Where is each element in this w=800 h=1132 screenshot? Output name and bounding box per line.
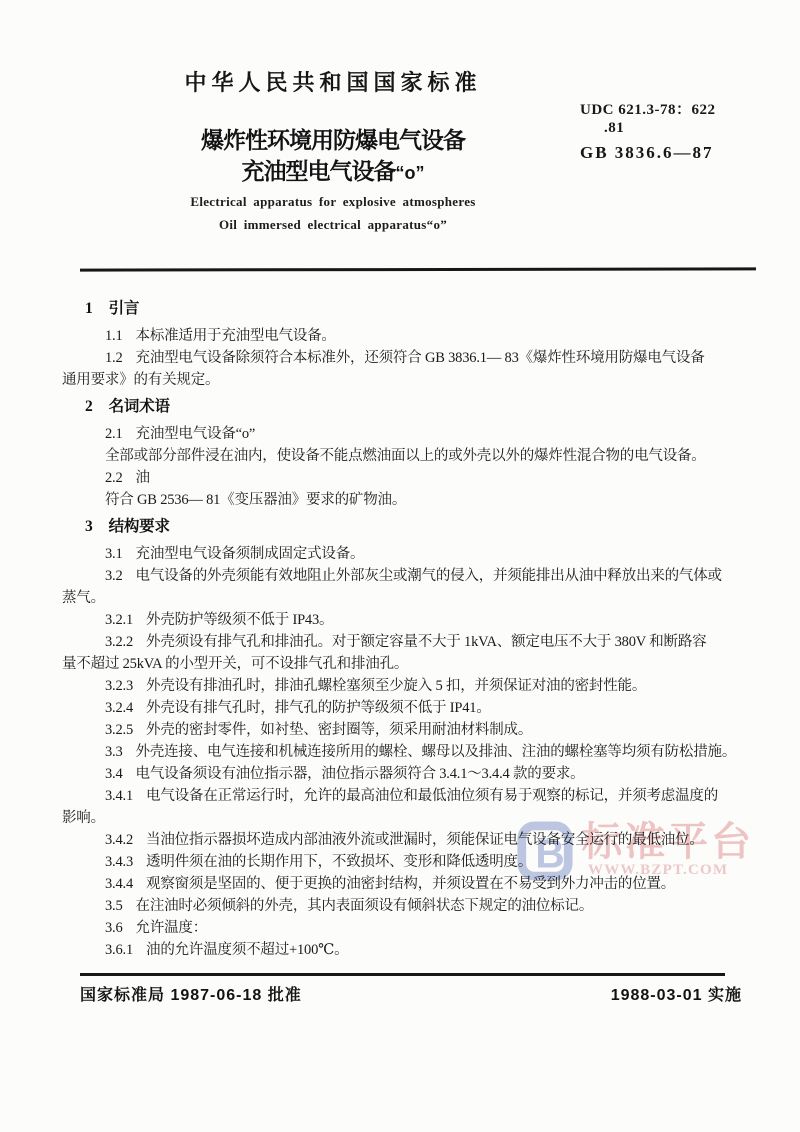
clause-number: 3 — [85, 518, 93, 535]
doc-line: 3.4.3透明件须在油的长期作用下，不致损坏、变形和降低透明度。 — [62, 851, 752, 873]
doc-line: 1.1本标准适用于充油型电气设备。 — [62, 325, 752, 347]
clause-text: 名词术语 — [109, 398, 170, 415]
doc-line: 2.2油 — [62, 467, 752, 489]
org-heading: 中华人民共和国国家标准 — [60, 66, 606, 97]
clause-number: 1 — [85, 300, 93, 317]
standard-number: GB 3836.6—87 — [580, 143, 714, 163]
clause-text: 外壳连接、电气连接和机械连接所用的螺栓、螺母以及排油、注油的螺栓塞等均须有防松措… — [136, 744, 737, 760]
clause-number: 3.1 — [105, 546, 123, 562]
doc-line: 符合 GB 2536— 81《变压器油》要求的矿物油。 — [62, 489, 752, 511]
clause-text: 充油型电气设备须制成固定式设备。 — [136, 546, 365, 562]
clause-number: 3.4.2 — [105, 832, 133, 848]
clause-number: 2.1 — [105, 426, 123, 442]
clause-number: 3.4.1 — [105, 788, 133, 804]
doc-title-zh-line2-o: “o” — [396, 163, 425, 183]
footer-approval: 国家标准局 1987-06-18 批准 — [80, 982, 302, 1005]
clause-number: 3.3 — [105, 744, 123, 760]
doc-line: 3.4.4观察窗须是坚固的、便于更换的油密封结构，并须设置在不易受到外力冲击的位… — [62, 873, 752, 895]
clause-text: 本标准适用于充油型电气设备。 — [136, 328, 336, 344]
doc-line: 3.6允许温度： — [62, 917, 752, 939]
doc-line: 影响。 — [62, 807, 752, 829]
doc-line: 蒸气。 — [62, 587, 752, 609]
footer-implementation: 1988-03-01 实施 — [611, 982, 742, 1005]
clause-number: 3.2.1 — [105, 612, 133, 628]
doc-line: 3.6.1油的允许温度须不超过+100℃。 — [62, 939, 752, 961]
clause-text: 外壳设有排气孔时，排气孔的防护等级须不低于 IP41。 — [146, 700, 491, 716]
doc-line: 3.2.1外壳防护等级须不低于 IP43。 — [62, 609, 752, 631]
doc-line: 3.2.2外壳须设有排气孔和排油孔。对于额定容量不大于 1kVA、额定电压不大于… — [62, 631, 752, 653]
doc-line: 3.4.2当油位指示器损坏造成内部油液外流或泄漏时，须能保证电气设备安全运行的最… — [62, 829, 752, 851]
doc-line: 1.2充油型电气设备除须符合本标准外，还须符合 GB 3836.1— 83《爆炸… — [62, 347, 752, 369]
doc-line: 量不超过 25kVA 的小型开关，可不设排气孔和排油孔。 — [62, 653, 752, 675]
doc-line: 3.2.4外壳设有排气孔时，排气孔的防护等级须不低于 IP41。 — [62, 697, 752, 719]
doc-line: 3.2电气设备的外壳须能有效地阻止外部灰尘或潮气的侵入，并须能排出从油中释放出来… — [62, 565, 752, 587]
doc-line: 3.2.3外壳设有排油孔时，排油孔螺栓塞须至少旋入 5 扣，并须保证对油的密封性… — [62, 675, 752, 697]
clause-text: 在注油时必须倾斜的外壳，其内表面须设有倾斜状态下规定的油位标记。 — [136, 898, 594, 914]
clause-number: 2.2 — [105, 470, 123, 486]
clause-number: 3.2.5 — [105, 722, 133, 738]
clause-number: 3.4.4 — [105, 876, 133, 892]
clause-text: 量不超过 25kVA 的小型开关，可不设排气孔和排油孔。 — [62, 656, 408, 672]
section-heading: 3结构要求 — [62, 516, 752, 538]
clause-text: 电气设备的外壳须能有效地阻止外部灰尘或潮气的侵入，并须能排出从油中释放出来的气体… — [136, 568, 722, 584]
clause-text: 通用要求》的有关规定。 — [62, 372, 219, 388]
doc-title-en-line2: Oil immersed electrical apparatus“o” — [60, 217, 606, 233]
doc-line: 通用要求》的有关规定。 — [62, 369, 752, 391]
clause-text: 引言 — [109, 300, 140, 317]
clause-number: 3.6.1 — [105, 942, 133, 958]
section-heading: 1引言 — [62, 298, 752, 320]
doc-line: 3.1充油型电气设备须制成固定式设备。 — [62, 543, 752, 565]
clause-text: 油的允许温度须不超过+100℃。 — [146, 942, 348, 958]
doc-line: 3.3外壳连接、电气连接和机械连接所用的螺栓、螺母以及排油、注油的螺栓塞等均须有… — [62, 741, 752, 763]
clause-number: 3.2.4 — [105, 700, 133, 716]
doc-line: 3.4电气设备须设有油位指示器，油位指示器须符合 3.4.1～3.4.4 款的要… — [62, 763, 752, 785]
clause-number: 3.4.3 — [105, 854, 133, 870]
doc-title-zh-line1: 爆炸性环境用防爆电气设备 — [60, 122, 606, 155]
clause-text: 充油型电气设备“o” — [136, 426, 256, 442]
clause-text: 油 — [136, 470, 150, 486]
clause-text: 全部或部分部件浸在油内，使设备不能点燃油面以上的或外壳以外的爆炸性混合物的电气设… — [105, 448, 706, 464]
clause-text: 蒸气。 — [62, 590, 105, 606]
clause-text: 外壳须设有排气孔和排油孔。对于额定容量不大于 1kVA、额定电压不大于 380V… — [146, 634, 706, 650]
clause-number: 3.4 — [105, 766, 123, 782]
doc-line: 2.1充油型电气设备“o” — [62, 423, 752, 445]
doc-title-zh-line2-main: 充油型电气设备 — [242, 158, 396, 184]
document-body: 1引言1.1本标准适用于充油型电气设备。1.2充油型电气设备除须符合本标准外，还… — [62, 293, 752, 961]
clause-number: 2 — [85, 398, 93, 415]
clause-number: 3.2.3 — [105, 678, 133, 694]
udc-line1: UDC 621.3-78：622 — [580, 101, 716, 119]
doc-line: 3.5在注油时必须倾斜的外壳，其内表面须设有倾斜状态下规定的油位标记。 — [62, 895, 752, 917]
clause-text: 外壳的密封零件，如衬垫、密封圈等，须采用耐油材料制成。 — [146, 722, 532, 738]
header-rule — [80, 267, 756, 271]
clause-number: 3.2 — [105, 568, 123, 584]
doc-line: 3.4.1电气设备在正常运行时，允许的最高油位和最低油位须有易于观察的标记，并须… — [62, 785, 752, 807]
doc-title-zh-line2: 充油型电气设备“o” — [60, 153, 606, 186]
doc-title-en-line1: Electrical apparatus for explosive atmos… — [60, 194, 606, 210]
clause-text: 允许温度： — [136, 920, 208, 936]
clause-number: 1.2 — [105, 350, 123, 366]
doc-line: 全部或部分部件浸在油内，使设备不能点燃油面以上的或外壳以外的爆炸性混合物的电气设… — [62, 445, 752, 467]
clause-text: 结构要求 — [109, 518, 170, 535]
clause-number: 1.1 — [105, 328, 123, 344]
clause-text: 充油型电气设备除须符合本标准外，还须符合 GB 3836.1— 83《爆炸性环境… — [136, 350, 705, 366]
clause-text: 透明件须在油的长期作用下，不致损坏、变形和降低透明度。 — [146, 854, 532, 870]
section-heading: 2名词术语 — [62, 396, 752, 418]
clause-text: 符合 GB 2536— 81《变压器油》要求的矿物油。 — [105, 492, 406, 508]
clause-text: 观察窗须是坚固的、便于更换的油密封结构，并须设置在不易受到外力冲击的位置。 — [146, 876, 675, 892]
clause-text: 影响。 — [62, 810, 105, 826]
clause-number: 3.6 — [105, 920, 123, 936]
doc-line: 3.2.5外壳的密封零件，如衬垫、密封圈等，须采用耐油材料制成。 — [62, 719, 752, 741]
clause-text: 当油位指示器损坏造成内部油液外流或泄漏时，须能保证电气设备安全运行的最低油位。 — [146, 832, 704, 848]
clause-text: 外壳设有排油孔时，排油孔螺栓塞须至少旋入 5 扣，并须保证对油的密封性能。 — [146, 678, 646, 694]
footer-rule — [80, 973, 725, 976]
clause-number: 3.5 — [105, 898, 123, 914]
clause-text: 电气设备须设有油位指示器，油位指示器须符合 3.4.1～3.4.4 款的要求。 — [136, 766, 585, 782]
document-page: B 标准平台 WWW.BZPT.COM 中华人民共和国国家标准 UDC 621.… — [0, 0, 800, 1132]
clause-text: 外壳防护等级须不低于 IP43。 — [146, 612, 333, 628]
clause-text: 电气设备在正常运行时，允许的最高油位和最低油位须有易于观察的标记，并须考虑温度的 — [146, 788, 718, 804]
clause-number: 3.2.2 — [105, 634, 133, 650]
